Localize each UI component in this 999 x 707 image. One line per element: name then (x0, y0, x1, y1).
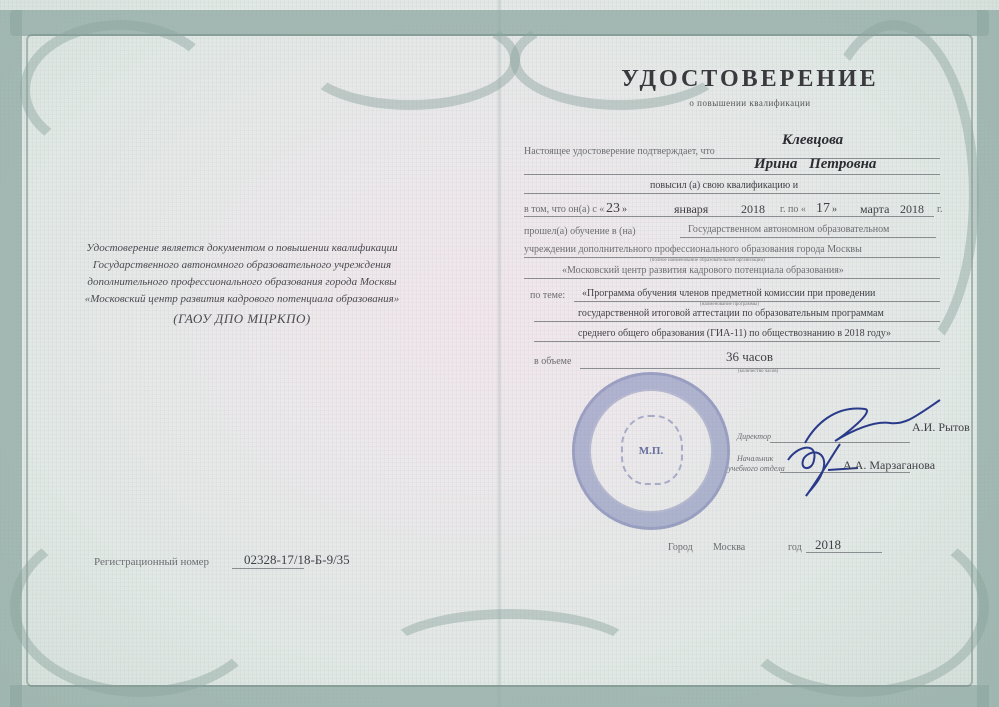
director-label: Директор (737, 432, 771, 441)
period-underline (524, 216, 934, 217)
topic-underline (534, 341, 940, 342)
studied-label: прошел(а) обучение в (на) (524, 226, 636, 237)
guilloche-ornament (300, 10, 520, 110)
institution-underline (680, 237, 936, 238)
guilloche-ornament (510, 10, 730, 110)
topic-line-2: государственной итоговой аттестации по о… (578, 308, 884, 319)
description-line: дополнительного профессионального образо… (42, 274, 442, 291)
period-suffix: г. (937, 204, 942, 215)
end-month: марта (860, 202, 889, 217)
topic-line-1: «Программа обучения членов предметной ко… (582, 288, 875, 299)
description-line: Удостоверение является документом о повы… (42, 240, 442, 257)
city-label: Город (668, 542, 693, 553)
description-line: «Московский центр развития кадрового пот… (42, 291, 442, 308)
head-label-1: Начальник (737, 454, 773, 463)
head-name: А.А. Марзаганова (843, 458, 935, 473)
institution-line-2: учреждении дополнительного профессиональ… (524, 244, 862, 255)
period-middle: г. по « (780, 204, 806, 215)
institution-line-1: Государственном автономном образовательн… (688, 224, 889, 235)
topic-caption: (наименование программы) (700, 302, 759, 307)
issuer-abbreviation: (ГАОУ ДПО МЦРКПО) (42, 310, 442, 327)
director-name: А.И. Рытов (912, 420, 970, 435)
start-month: января (674, 202, 708, 217)
guilloche-ornament (10, 517, 270, 697)
registration-number: 02328-17/18-Б-9/35 (244, 552, 350, 568)
registration-label: Регистрационный номер (94, 556, 209, 568)
period-prefix: в том, что он(а) с « (524, 204, 604, 215)
certificate-sheet: Удостоверение является документом о повы… (0, 0, 999, 707)
start-day: 23 (606, 201, 620, 217)
description-line: Государственного автономного образовател… (42, 257, 442, 274)
issuer-description: Удостоверение является документом о повы… (42, 240, 442, 327)
stamp-mp-text: М.П. (575, 445, 727, 457)
year-label: год (788, 542, 802, 553)
volume-label: в объеме (534, 356, 571, 367)
holder-surname: Клевцова (782, 132, 843, 149)
registration-underline (232, 568, 304, 569)
city-value: Москва (713, 542, 745, 553)
end-year: 2018 (900, 202, 924, 217)
blank-underline (524, 193, 940, 194)
names-underline (524, 174, 940, 175)
volume-caption: (количество часов) (738, 369, 778, 374)
volume-value: 36 часов (726, 349, 773, 365)
holder-given-names: Ирина Петровна (754, 156, 876, 173)
raised-qualification-text: повысил (а) свою квалификацию и (650, 180, 798, 191)
guilloche-ornament (380, 609, 640, 699)
quote-mark: » (832, 204, 837, 215)
quote-mark: » (622, 204, 627, 215)
topic-label: по теме: (530, 290, 565, 301)
official-stamp: М.П. (572, 372, 730, 530)
institution-underline (524, 278, 940, 279)
guilloche-ornament (729, 517, 989, 697)
certificate-subtitle: о повышении квалификации (600, 98, 900, 108)
start-year: 2018 (741, 202, 765, 217)
certificate-title: УДОСТОВЕРЕНИЕ (600, 66, 900, 93)
guilloche-ornament (20, 20, 220, 160)
institution-line-3: «Московский центр развития кадрового пот… (562, 265, 844, 276)
institution-caption: (полное наименование образовательной орг… (650, 258, 765, 263)
head-label-2: учебного отдела (728, 464, 785, 473)
confirms-label: Настоящее удостоверение подтверждает, чт… (524, 146, 715, 157)
topic-line-3: среднего общего образования (ГИА-11) по … (578, 328, 891, 339)
end-day: 17 (816, 201, 830, 217)
topic-underline (534, 321, 940, 322)
year-value: 2018 (815, 537, 841, 553)
